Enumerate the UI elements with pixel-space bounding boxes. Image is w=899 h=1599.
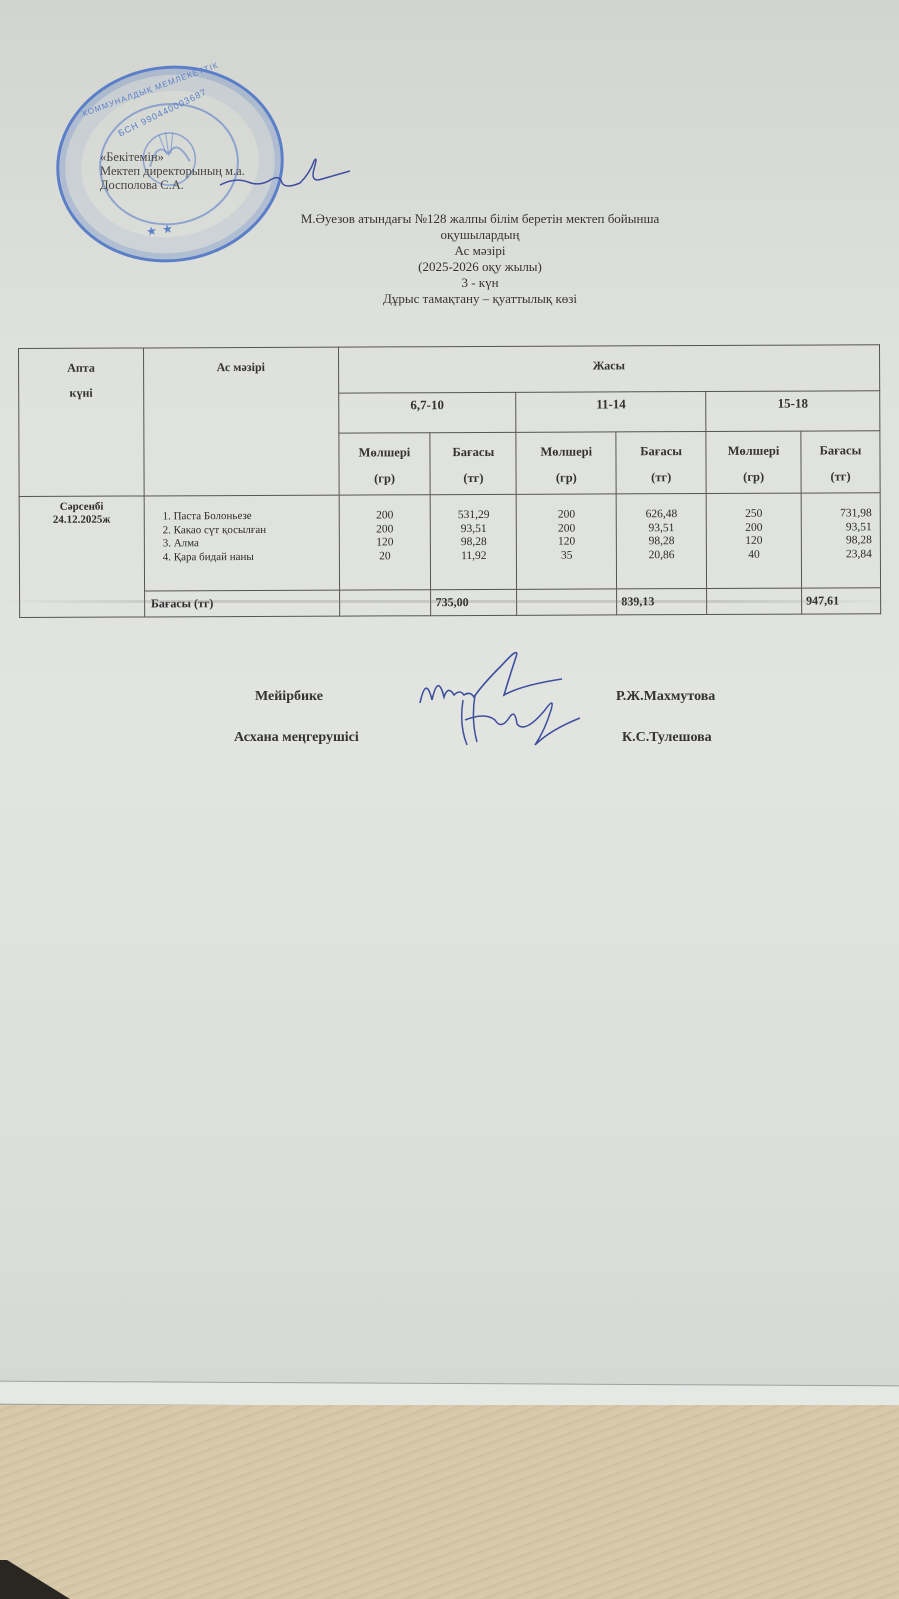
total-label: Бағасы (тг) [144, 590, 339, 617]
qty-value: 200 [707, 521, 801, 535]
director-signature [210, 155, 355, 197]
menu-item: 1. Паста Болоньезе [163, 510, 339, 524]
qty-label: Мөлшері [707, 438, 801, 464]
title-day: 3 - күн [230, 275, 730, 291]
qty-value: 20 [339, 550, 430, 564]
day-date: 24.12.2025ж [20, 513, 144, 527]
qty-value: 200 [339, 523, 430, 537]
document-title: М.Әуезов атындағы №128 жалпы білім берет… [230, 211, 730, 307]
qty-unit: (гр) [707, 464, 801, 490]
price-value: 626,48 [617, 508, 706, 522]
header-qty-1: Мөлшері(гр) [338, 433, 430, 495]
qty-value: 40 [707, 548, 801, 562]
qty-cell-group-1: 200 200 120 20 [339, 495, 431, 590]
header-age-group-2: 11-14 [516, 391, 706, 432]
price-value: 531,29 [431, 509, 516, 523]
qty-value: 200 [517, 522, 616, 536]
header-price-1: Бағасы(тг) [430, 432, 516, 494]
menu-items-cell: 1. Паста Болоньезе 2. Какао сүт қосылған… [144, 495, 339, 591]
price-value: 93,51 [431, 522, 516, 536]
price-value: 23,84 [802, 548, 872, 562]
canteen-signature [455, 690, 585, 750]
qty-unit: (гр) [339, 465, 430, 491]
signature-role-nurse: Мейірбике [255, 689, 323, 705]
title-school: М.Әуезов атындағы №128 жалпы білім берет… [230, 211, 730, 227]
price-value: 93,51 [617, 522, 706, 536]
price-value: 20,86 [617, 548, 706, 562]
qty-cell-group-2: 200 200 120 35 [516, 494, 616, 589]
qty-cell-group-3: 250 200 120 40 [706, 493, 801, 588]
price-value: 731,98 [802, 507, 872, 521]
header-age-group-1: 6,7-10 [338, 392, 516, 433]
price-unit: (тг) [802, 463, 880, 489]
header-menu: Ас мәзірі [143, 347, 338, 496]
price-cell-group-3: 731,98 93,51 98,28 23,84 [801, 493, 880, 588]
qty-value: 250 [707, 508, 801, 522]
header-qty-2: Мөлшері(гр) [516, 432, 616, 494]
price-unit: (тг) [431, 465, 516, 491]
header-qty-3: Мөлшері(гр) [706, 431, 801, 493]
qty-value: 200 [339, 509, 430, 523]
qty-value: 35 [517, 549, 616, 563]
price-label: Бағасы [617, 438, 706, 464]
price-cell-group-2: 626,48 93,51 98,28 20,86 [616, 493, 706, 588]
signature-role-canteen: Асхана меңгерушісі [234, 730, 359, 746]
price-value: 98,28 [617, 535, 706, 549]
qty-value: 120 [517, 535, 616, 549]
qty-label: Мөлшері [517, 438, 616, 464]
title-slogan: Дұрыс тамақтану – қуаттылық көзі [230, 291, 730, 307]
price-unit: (тг) [617, 464, 706, 490]
qty-value: 120 [707, 535, 801, 549]
header-week-day: Апта күні [19, 348, 144, 497]
header-week-day-line2: күні [19, 385, 143, 401]
price-value: 11,92 [431, 549, 516, 563]
qty-unit: (гр) [517, 464, 616, 490]
qty-value: 120 [339, 536, 430, 550]
menu-item: 2. Какао сүт қосылған [163, 523, 339, 537]
desk-surface [0, 1405, 899, 1599]
menu-item: 4. Қара бидай наны [163, 550, 339, 564]
motion-blur-streak [0, 600, 899, 603]
price-label: Бағасы [431, 439, 516, 465]
title-menu: Ас мәзірі [230, 243, 730, 259]
header-week-day-line1: Апта [19, 360, 143, 376]
header-age: Жасы [338, 345, 880, 393]
title-year: (2025-2026 оқу жылы) [230, 259, 730, 275]
price-cell-group-1: 531,29 93,51 98,28 11,92 [431, 494, 517, 589]
price-value: 98,28 [802, 534, 872, 548]
qty-value: 200 [517, 508, 616, 522]
signature-name-canteen: К.С.Тулешова [622, 730, 712, 746]
price-value: 98,28 [431, 536, 516, 550]
header-price-3: Бағасы(тг) [801, 431, 880, 493]
signature-name-nurse: Р.Ж.Махмутова [616, 689, 715, 705]
menu-table: Апта күні Ас мәзірі Жасы 6,7-10 11-14 15… [18, 344, 881, 618]
header-age-group-3: 15-18 [706, 391, 880, 432]
day-name: Сәрсенбі [20, 500, 144, 514]
title-students: оқушылардың [230, 227, 730, 243]
price-label: Бағасы [801, 437, 879, 463]
menu-item: 3. Алма [163, 537, 339, 551]
header-price-2: Бағасы(тг) [616, 431, 706, 493]
qty-label: Мөлшері [339, 439, 430, 465]
table-row: Сәрсенбі 24.12.2025ж 1. Паста Болоньезе … [19, 493, 880, 592]
price-value: 93,51 [802, 521, 872, 535]
stamp-stars: ★ ★ [145, 221, 175, 239]
